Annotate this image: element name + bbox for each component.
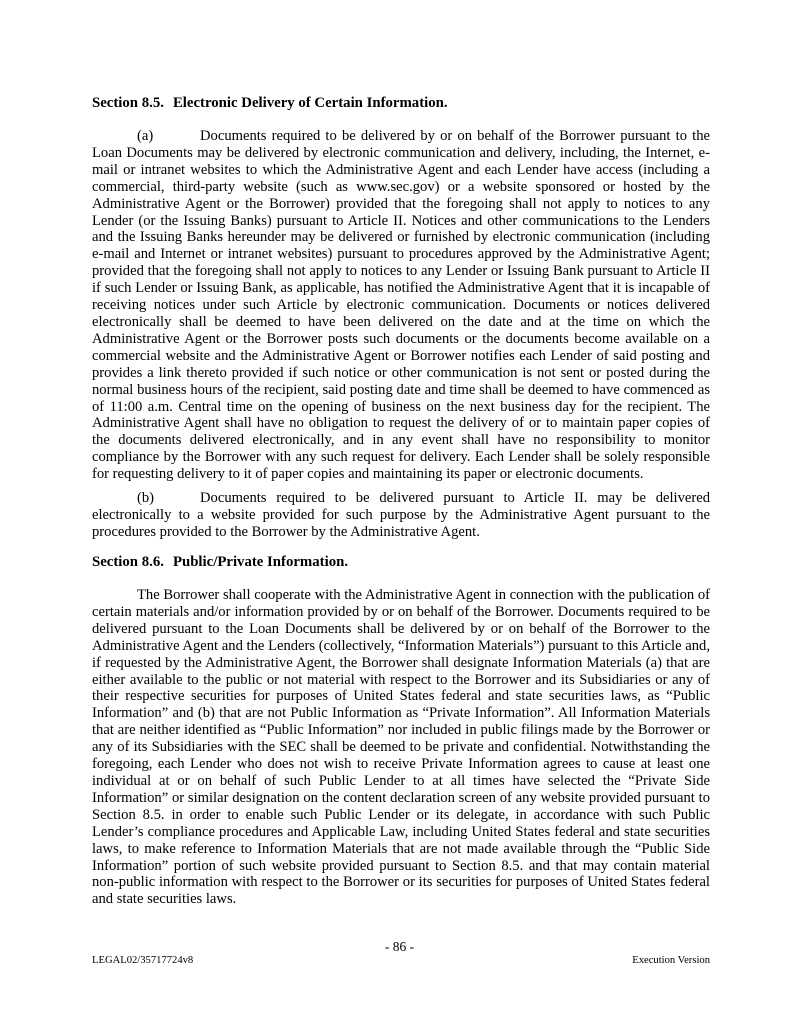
section-8-5-heading: Section 8.5.Electronic Delivery of Certa… <box>92 95 710 112</box>
section-8-6-paragraph-text: The Borrower shall cooperate with the Ad… <box>92 587 710 907</box>
section-title: Public/Private Information. <box>173 554 348 570</box>
paragraph-a: (a)Documents required to be delivered by… <box>92 128 710 483</box>
section-8-6-heading: Section 8.6.Public/Private Information. <box>92 554 710 571</box>
section-number: Section 8.5. <box>92 95 164 111</box>
document-page: Section 8.5.Electronic Delivery of Certa… <box>0 0 799 1034</box>
paragraph-a-text: Documents required to be delivered by or… <box>92 128 710 482</box>
paragraph-b-label: (b) <box>137 490 200 507</box>
footer: LEGAL02/35717724v8Execution Version <box>92 955 710 967</box>
paragraph-b: (b)Documents required to be delivered pu… <box>92 490 710 541</box>
section-title: Electronic Delivery of Certain Informati… <box>173 95 448 111</box>
footer-doc-id: LEGAL02/35717724v8 <box>92 955 193 967</box>
paragraph-a-label: (a) <box>137 128 200 145</box>
section-8-6-paragraph: The Borrower shall cooperate with the Ad… <box>92 587 710 908</box>
footer-version-label: Execution Version <box>632 955 710 967</box>
section-number: Section 8.6. <box>92 554 164 570</box>
page-number: - 86 - <box>0 939 799 954</box>
